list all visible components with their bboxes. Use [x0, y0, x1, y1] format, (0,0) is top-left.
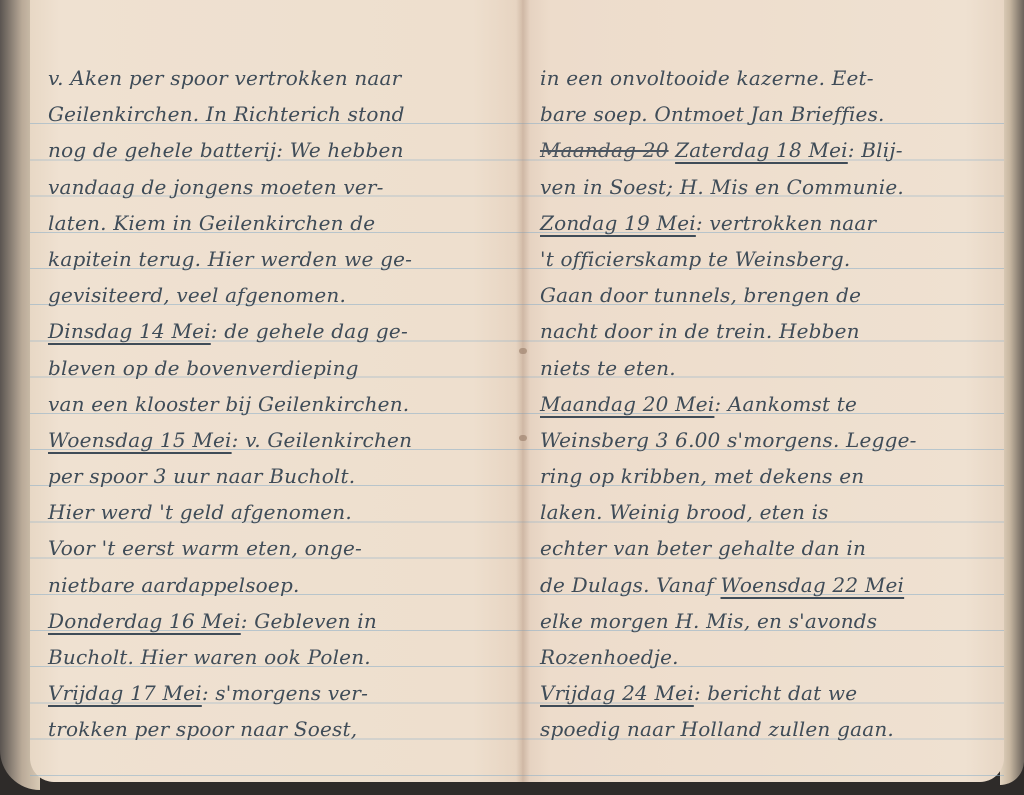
line-text: laken. Weinig brood, eten is [540, 500, 829, 524]
line-text: : bericht dat we [694, 681, 857, 705]
date-heading: Vrijdag 24 Mei [540, 681, 694, 705]
line-text: Geilenkirchen. In Richterich stond [48, 102, 405, 126]
line-text: kapitein terug. Hier werden we ge- [48, 247, 412, 271]
text-line: Voor 't eerst warm eten, onge- [48, 530, 510, 566]
line-text: : Blij- [848, 138, 903, 162]
line-text: : de gehele dag ge- [211, 319, 408, 343]
text-line: Rozenhoedje. [540, 639, 992, 675]
line-text: vandaag de jongens moeten ver- [48, 175, 384, 199]
left-page: v. Aken per spoor vertrokken naar Geilen… [30, 0, 522, 782]
line-text: van een klooster bij Geilenkirchen. [48, 392, 409, 416]
date-heading: Vrijdag 17 Mei [48, 681, 202, 705]
text-line: Hier werd 't geld afgenomen. [48, 494, 510, 530]
diary-entry-heading-line: Vrijdag 24 Mei: bericht dat we [540, 675, 992, 711]
text-line: nietbare aardappelsoep. [48, 567, 510, 603]
diary-entry-heading-line: Maandag 20 Mei: Aankomst te [540, 386, 992, 422]
text-line: nog de gehele batterij: We hebben [48, 132, 510, 168]
line-text: niets te eten. [540, 356, 676, 380]
line-text: elke morgen H. Mis, en s'avonds [540, 609, 877, 633]
line-text: : vertrokken naar [696, 211, 876, 235]
struck-out-text: Maandag 20 [540, 138, 669, 162]
line-text: : Aankomst te [714, 392, 857, 416]
line-text: Rozenhoedje. [540, 645, 679, 669]
date-heading: Dinsdag 14 Mei [48, 319, 211, 343]
diary-entry-heading-line: Woensdag 15 Mei: v. Geilenkirchen [48, 422, 510, 458]
date-heading: Zondag 19 Mei [540, 211, 696, 235]
binding-stitch [519, 348, 527, 354]
text-line: kapitein terug. Hier werden we ge- [48, 241, 510, 277]
text-line: per spoor 3 uur naar Bucholt. [48, 458, 510, 494]
line-text: 't officierskamp te Weinsberg. [540, 247, 850, 271]
date-heading: Woensdag 15 Mei [48, 428, 232, 452]
line-text: in een onvoltooide kazerne. Eet- [540, 66, 874, 90]
line-text: echter van beter gehalte dan in [540, 536, 866, 560]
text-line: v. Aken per spoor vertrokken naar [48, 60, 510, 96]
right-page-text: in een onvoltooide kazerne. Eet- bare so… [540, 60, 992, 748]
line-text: Hier werd 't geld afgenomen. [48, 500, 352, 524]
text-line: Gaan door tunnels, brengen de [540, 277, 992, 313]
line-text: de Dulags. Vanaf [540, 573, 721, 597]
text-line: Bucholt. Hier waren ook Polen. [48, 639, 510, 675]
line-text: Voor 't eerst warm eten, onge- [48, 536, 362, 560]
line-text: per spoor 3 uur naar Bucholt. [48, 464, 355, 488]
diary-entry-heading-line: de Dulags. Vanaf Woensdag 22 Mei [540, 567, 992, 603]
text-line: ven in Soest; H. Mis en Communie. [540, 169, 992, 205]
line-text: nog de gehele batterij: We hebben [48, 138, 404, 162]
line-text: Bucholt. Hier waren ook Polen. [48, 645, 371, 669]
date-heading: Zaterdag 18 Mei [675, 138, 848, 162]
text-line: bare soep. Ontmoet Jan Brieffies. [540, 96, 992, 132]
date-heading: Donderdag 16 Mei [48, 609, 241, 633]
line-text: v. Aken per spoor vertrokken naar [48, 66, 401, 90]
line-text: : Gebleven in [241, 609, 377, 633]
line-text: Gaan door tunnels, brengen de [540, 283, 861, 307]
line-text: : v. Geilenkirchen [232, 428, 413, 452]
notebook: v. Aken per spoor vertrokken naar Geilen… [0, 0, 1024, 795]
text-line: vandaag de jongens moeten ver- [48, 169, 510, 205]
diary-entry-heading-line: Zondag 19 Mei: vertrokken naar [540, 205, 992, 241]
line-text: nietbare aardappelsoep. [48, 573, 300, 597]
date-heading: Woensdag 22 Mei [721, 573, 905, 597]
line-text: spoedig naar Holland zullen gaan. [540, 717, 894, 741]
text-line: ring op kribben, met dekens en [540, 458, 992, 494]
line-text: ring op kribben, met dekens en [540, 464, 864, 488]
text-line: bleven op de bovenverdieping [48, 350, 510, 386]
diary-entry-heading-line: Vrijdag 17 Mei: s'morgens ver- [48, 675, 510, 711]
binding-stitch [519, 435, 527, 441]
book-gutter [516, 0, 530, 782]
diary-entry-heading-line: Donderdag 16 Mei: Gebleven in [48, 603, 510, 639]
line-text: trokken per spoor naar Soest, [48, 717, 357, 741]
text-line: 't officierskamp te Weinsberg. [540, 241, 992, 277]
left-page-text: v. Aken per spoor vertrokken naar Geilen… [48, 60, 510, 748]
line-text: nacht door in de trein. Hebben [540, 319, 860, 343]
text-line: laten. Kiem in Geilenkirchen de [48, 205, 510, 241]
line-text: bare soep. Ontmoet Jan Brieffies. [540, 102, 885, 126]
line-text: laten. Kiem in Geilenkirchen de [48, 211, 375, 235]
text-line: Weinsberg 3 6.00 s'morgens. Legge- [540, 422, 992, 458]
line-text: gevisiteerd, veel afgenomen. [48, 283, 346, 307]
right-page: in een onvoltooide kazerne. Eet- bare so… [522, 0, 1004, 782]
text-line: elke morgen H. Mis, en s'avonds [540, 603, 992, 639]
text-line: van een klooster bij Geilenkirchen. [48, 386, 510, 422]
text-line: spoedig naar Holland zullen gaan. [540, 711, 992, 747]
diary-entry-heading-line: Dinsdag 14 Mei: de gehele dag ge- [48, 313, 510, 349]
text-line: echter van beter gehalte dan in [540, 530, 992, 566]
line-text: bleven op de bovenverdieping [48, 356, 359, 380]
line-text: ven in Soest; H. Mis en Communie. [540, 175, 904, 199]
text-line: nacht door in de trein. Hebben [540, 313, 992, 349]
text-line: in een onvoltooide kazerne. Eet- [540, 60, 992, 96]
text-line: niets te eten. [540, 350, 992, 386]
text-line: Geilenkirchen. In Richterich stond [48, 96, 510, 132]
line-text: : s'morgens ver- [202, 681, 368, 705]
date-heading: Maandag 20 Mei [540, 392, 714, 416]
text-line: laken. Weinig brood, eten is [540, 494, 992, 530]
text-line: gevisiteerd, veel afgenomen. [48, 277, 510, 313]
text-line: trokken per spoor naar Soest, [48, 711, 510, 747]
line-text: Weinsberg 3 6.00 s'morgens. Legge- [540, 428, 917, 452]
diary-entry-heading-line: Maandag 20 Zaterdag 18 Mei: Blij- [540, 132, 992, 168]
